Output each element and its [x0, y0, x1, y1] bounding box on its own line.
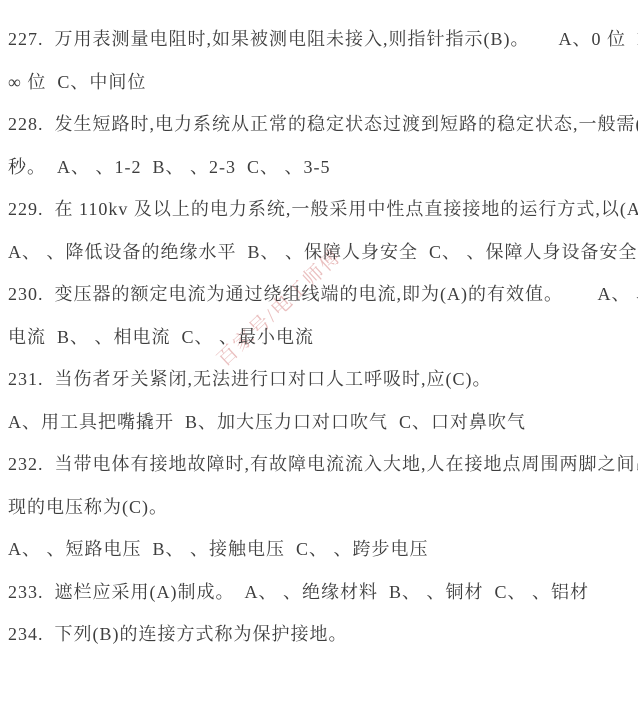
question-line: 232. 当带电体有接地故障时,有故障电流流入大地,人在接地点周围两脚之间出: [8, 443, 638, 486]
question-230: 230. 变压器的额定电流为通过绕组线端的电流,即为(A)的有效值。 A、 、线…: [8, 273, 638, 358]
question-line: 秒。 A、 、1-2 B、 、2-3 C、 、3-5: [8, 146, 638, 189]
question-line: 233. 遮栏应采用(A)制成。 A、 、绝缘材料 B、 、铜材 C、 、铝材: [8, 571, 638, 614]
question-line: A、用工具把嘴撬开 B、加大压力口对口吹气 C、口对鼻吹气: [8, 401, 638, 444]
question-234: 234. 下列(B)的连接方式称为保护接地。: [8, 613, 638, 656]
question-line: 228. 发生短路时,电力系统从正常的稳定状态过渡到短路的稳定状态,一般需(C): [8, 103, 638, 146]
question-line: 现的电压称为(C)。: [8, 486, 638, 529]
question-line: ∞ 位 C、中间位: [8, 61, 638, 104]
question-line: 230. 变压器的额定电流为通过绕组线端的电流,即为(A)的有效值。 A、 、线: [8, 273, 638, 316]
question-line: 227. 万用表测量电阻时,如果被测电阻未接入,则指针指示(B)。 A、0 位 …: [8, 18, 638, 61]
question-231: 231. 当伤者牙关紧闭,无法进行口对口人工呼吸时,应(C)。 A、用工具把嘴撬…: [8, 358, 638, 443]
question-list: 227. 万用表测量电阻时,如果被测电阻未接入,则指针指示(B)。 A、0 位 …: [0, 0, 640, 656]
question-line: A、 、短路电压 B、 、接触电压 C、 、跨步电压: [8, 528, 638, 571]
question-229: 229. 在 110kv 及以上的电力系统,一般采用中性点直接接地的运行方式,以…: [8, 188, 638, 273]
question-line: 电流 B、 、相电流 C、 、最小电流: [8, 316, 638, 359]
question-line: 234. 下列(B)的连接方式称为保护接地。: [8, 613, 638, 656]
question-233: 233. 遮栏应采用(A)制成。 A、 、绝缘材料 B、 、铜材 C、 、铝材: [8, 571, 638, 614]
question-line: A、 、降低设备的绝缘水平 B、 、保障人身安全 C、 、保障人身设备安全: [8, 231, 638, 274]
question-227: 227. 万用表测量电阻时,如果被测电阻未接入,则指针指示(B)。 A、0 位 …: [8, 18, 638, 103]
question-line: 231. 当伤者牙关紧闭,无法进行口对口人工呼吸时,应(C)。: [8, 358, 638, 401]
question-228: 228. 发生短路时,电力系统从正常的稳定状态过渡到短路的稳定状态,一般需(C)…: [8, 103, 638, 188]
question-line: 229. 在 110kv 及以上的电力系统,一般采用中性点直接接地的运行方式,以…: [8, 188, 638, 231]
document-page: 百家号/电工师傅 227. 万用表测量电阻时,如果被测电阻未接入,则指针指示(B…: [0, 0, 640, 720]
question-232: 232. 当带电体有接地故障时,有故障电流流入大地,人在接地点周围两脚之间出 现…: [8, 443, 638, 571]
